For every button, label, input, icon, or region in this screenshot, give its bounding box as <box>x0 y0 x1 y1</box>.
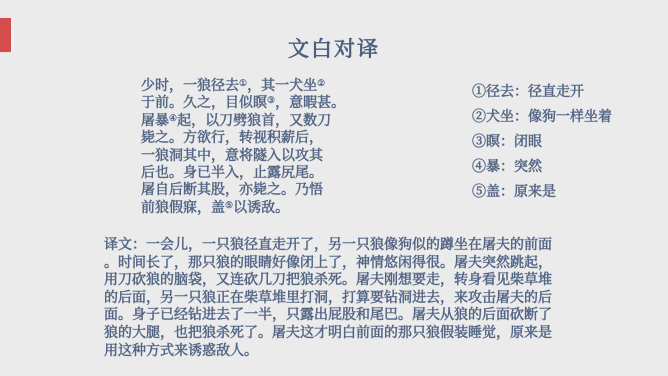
note-item: ⑤盖：原来是 <box>472 179 612 204</box>
classical-line: 后也。身已半入，止露尻尾。 <box>141 164 345 181</box>
classical-line: 少时，一狼径去①，其一犬坐② <box>141 77 345 94</box>
classical-line: 一狼洞其中，意将隧入以攻其 <box>141 147 345 164</box>
classical-line: 屠自后断其股，亦毙之。乃悟 <box>141 181 345 198</box>
classical-line: 前狼假寐，盖⑤以诱敌。 <box>141 199 345 216</box>
classical-line: 于前。久之，目似瞑③，意暇甚。 <box>141 94 345 111</box>
classical-line: 屠暴④起，以刀劈狼首，又数刀 <box>141 112 345 129</box>
note-item: ①径去：径直走开 <box>472 79 612 104</box>
translation-line: 的后面，另一只狼正在柴草堆里打洞，打算要钻洞进去，来攻击屠夫的后 <box>104 289 552 307</box>
translation-line: 狼的大腿，也把狼杀死了。屠夫这才明白前面的那只狼假装睡觉，原来是 <box>104 324 552 342</box>
translation-line: 用这种方式来诱惑敌人。 <box>104 342 552 360</box>
presentation-slide: 文白对译 少时，一狼径去①，其一犬坐② 于前。久之，目似瞑③，意暇甚。 屠暴④起… <box>0 0 668 376</box>
annotation-notes-block: ①径去：径直走开 ②犬坐：像狗一样坐着 ③瞑：闭眼 ④暴：突然 ⑤盖：原来是 <box>472 79 612 204</box>
translation-line: 面。身子已经钻进去了一半，只露出屁股和尾巴。屠夫从狼的后面砍断了 <box>104 306 552 324</box>
translation-line: 译文：一会儿，一只狼径直走开了，另一只狼像狗似的蹲坐在屠夫的前面 <box>104 236 552 254</box>
classical-line: 毙之。方欲行，转视积薪后， <box>141 129 345 146</box>
page-title: 文白对译 <box>0 33 668 63</box>
translation-block: 译文：一会儿，一只狼径直走开了，另一只狼像狗似的蹲坐在屠夫的前面 。时间长了，那… <box>104 236 552 359</box>
classical-text-block: 少时，一狼径去①，其一犬坐② 于前。久之，目似瞑③，意暇甚。 屠暴④起，以刀劈狼… <box>141 77 345 216</box>
translation-line: 。时间长了，那只狼的眼睛好像闭上了，神情悠闲得很。屠夫突然跳起， <box>104 254 552 272</box>
note-item: ③瞑：闭眼 <box>472 129 612 154</box>
note-item: ②犬坐：像狗一样坐着 <box>472 104 612 129</box>
translation-line: 用刀砍狼的脑袋，又连砍几刀把狼杀死。屠夫刚想要走，转身看见柴草堆 <box>104 271 552 289</box>
note-item: ④暴：突然 <box>472 154 612 179</box>
